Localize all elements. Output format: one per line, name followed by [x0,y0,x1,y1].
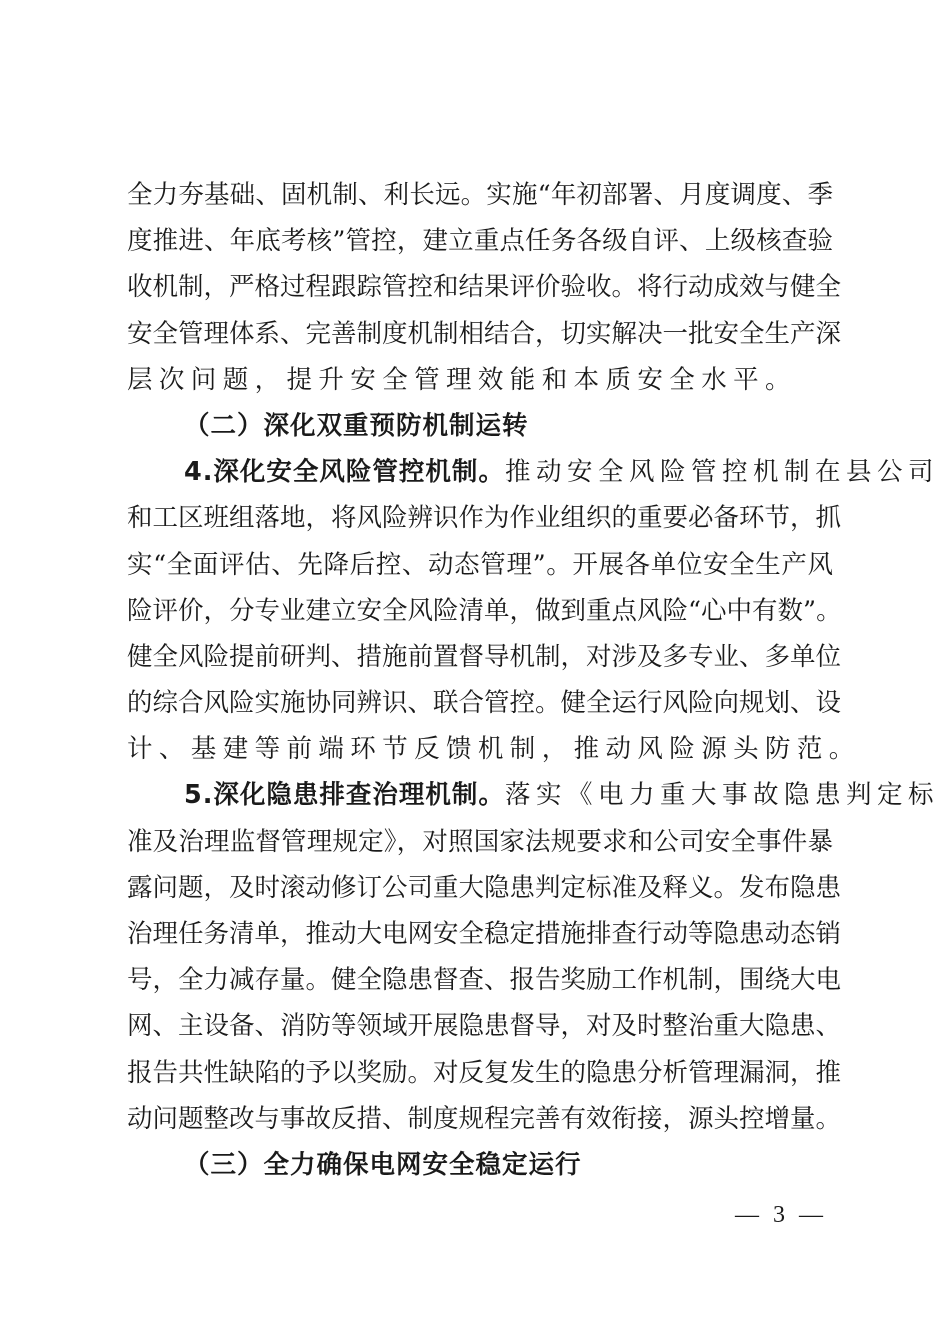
text-line: 准及治理监督管理规定》，对照国家法规要求和公司安全事件暴 [127,819,833,865]
text-line-first: 5.深化隐患排查治理机制。落实《电力重大事故隐患判定标 [127,772,833,818]
item-4-paragraph: 4.深化安全风险管控机制。推动安全风险管控机制在县公司 和工区班组落地，将风险辨… [127,449,833,772]
text-line: 安全管理体系、完善制度机制相结合，切实解决一批安全生产深 [127,311,833,357]
text-line: 健全风险提前研判、措施前置督导机制，对涉及多专业、多单位 [127,634,833,680]
item-5-paragraph: 5.深化隐患排查治理机制。落实《电力重大事故隐患判定标 准及治理监督管理规定》，… [127,772,833,1142]
text-line: 报告共性缺陷的予以奖励。对反复发生的隐患分析管理漏洞，推 [127,1050,833,1096]
item-4-first-line-rest: 推动安全风险管控机制在县公司 [505,449,939,495]
item-5-lead: 5.深化隐患排查治理机制。 [184,772,505,818]
text-line: 实“全面评估、先降后控、动态管理”。开展各单位安全生产风 [127,542,833,588]
text-line: 险评价，分专业建立安全风险清单，做到重点风险“心中有数”。 [127,588,833,634]
text-line: 网、主设备、消防等领域开展隐患督导，对及时整治重大隐患、 [127,1003,833,1049]
text-line: 度推进、年底考核”管控，建立重点任务各级自评、上级核查验 [127,218,833,264]
text-line: 收机制，严格过程跟踪管控和结果评价验收。将行动成效与健全 [127,264,833,310]
page-number: — 3 — [735,1202,827,1229]
document-page: 全力夯基础、固机制、利长远。实施“年初部署、月度调度、季 度推进、年底考核”管控… [127,172,833,1188]
text-line: 全力夯基础、固机制、利长远。实施“年初部署、月度调度、季 [127,172,833,218]
item-4-lead: 4.深化安全风险管控机制。 [184,449,505,495]
text-line: 计、基建等前端环节反馈机制，推动风险源头防范。 [127,726,833,772]
item-5-first-line-rest: 落实《电力重大事故隐患判定标 [505,772,939,818]
section-heading-3: （三）全力确保电网安全稳定运行 [127,1142,833,1188]
text-line: 层次问题，提升安全管理效能和本质安全水平。 [127,357,833,403]
paragraph-continued: 全力夯基础、固机制、利长远。实施“年初部署、月度调度、季 度推进、年底考核”管控… [127,172,833,403]
text-line: 的综合风险实施协同辨识、联合管控。健全运行风险向规划、设 [127,680,833,726]
text-line: 露问题，及时滚动修订公司重大隐患判定标准及释义。发布隐患 [127,865,833,911]
text-line: 和工区班组落地，将风险辨识作为作业组织的重要必备环节，抓 [127,495,833,541]
text-line: 动问题整改与事故反措、制度规程完善有效衔接，源头控增量。 [127,1096,833,1142]
text-line-first: 4.深化安全风险管控机制。推动安全风险管控机制在县公司 [127,449,833,495]
text-line: 治理任务清单，推动大电网安全稳定措施排查行动等隐患动态销 [127,911,833,957]
text-line: 号，全力减存量。健全隐患督查、报告奖励工作机制，围绕大电 [127,957,833,1003]
section-heading-2: （二）深化双重预防机制运转 [127,403,833,449]
